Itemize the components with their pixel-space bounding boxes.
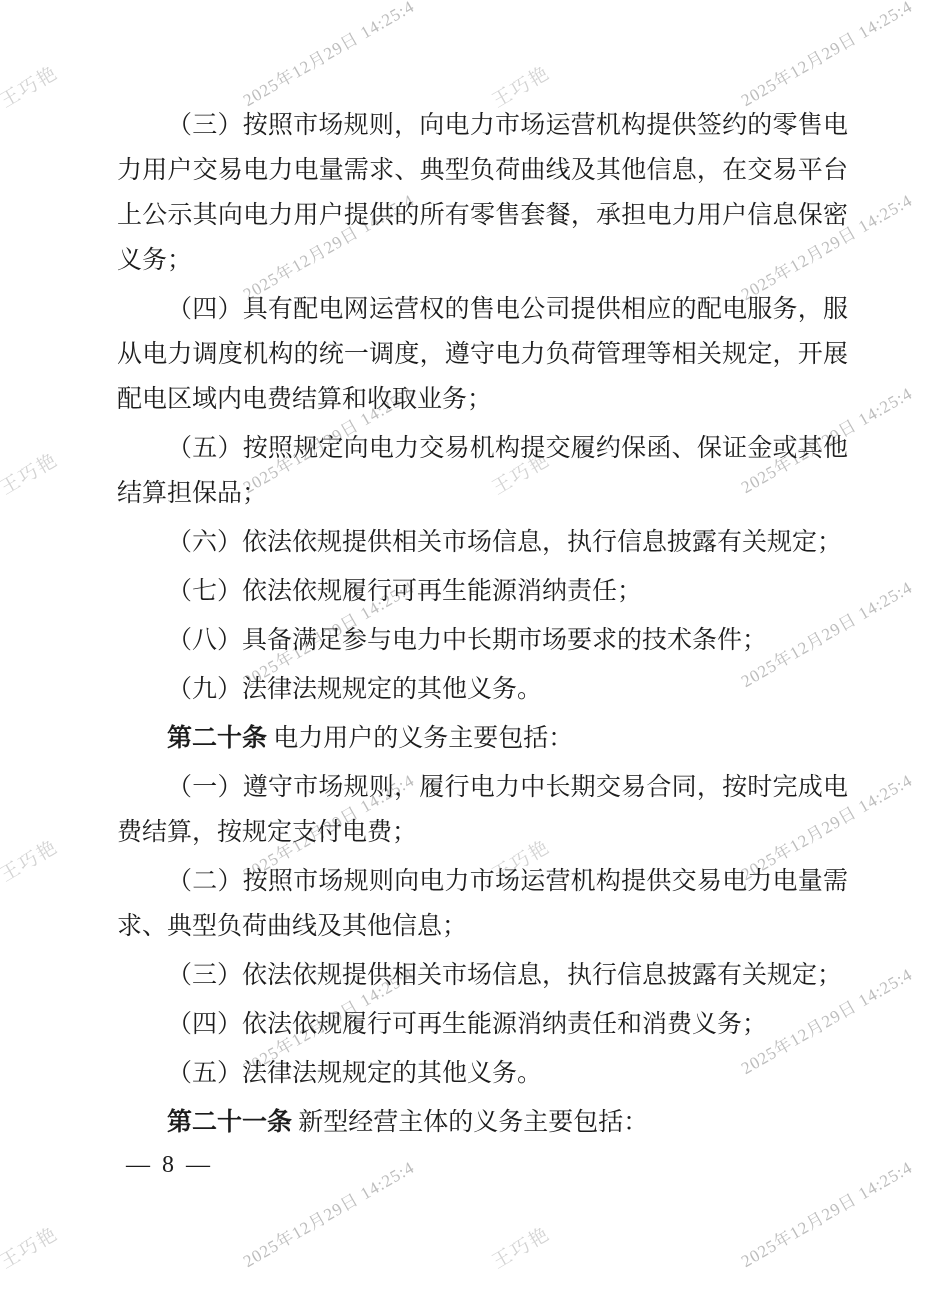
page-number: — 8 — bbox=[126, 1152, 213, 1179]
paragraph-text: （二）按照市场规则向电力市场运营机构提供交易电力电量需求、典型负荷曲线及其他信息… bbox=[117, 868, 848, 940]
article-paragraph: 第二十条 电力用户的义务主要包括： bbox=[117, 716, 848, 761]
paragraph-text: （四）依法依规履行可再生能源消纳责任和消费义务； bbox=[167, 1011, 767, 1038]
paragraph: （四）依法依规履行可再生能源消纳责任和消费义务； bbox=[117, 1002, 848, 1047]
paragraph: （一）遵守市场规则，履行电力中长期交易合同，按时完成电费结算，按规定支付电费； bbox=[117, 765, 848, 855]
watermark-date: 2025年12月29日 14:25:4 bbox=[238, 0, 419, 111]
article-number: 第二十条 bbox=[167, 725, 267, 752]
watermark-date: 2025年12月29日 14:25:4 bbox=[736, 1153, 917, 1272]
watermark-name: 王巧艳 bbox=[0, 445, 63, 500]
paragraph-text: （一）遵守市场规则，履行电力中长期交易合同，按时完成电费结算，按规定支付电费； bbox=[117, 774, 848, 846]
paragraph: （四）具有配电网运营权的售电公司提供相应的配电服务，服从电力调度机构的统一调度，… bbox=[117, 287, 848, 422]
document-body: （三）按照市场规则，向电力市场运营机构提供签约的零售电力用户交易电力电量需求、典… bbox=[117, 103, 848, 1149]
paragraph-text: （九）法律法规规定的其他义务。 bbox=[167, 676, 542, 703]
paragraph: （六）依法依规提供相关市场信息，执行信息披露有关规定； bbox=[117, 520, 848, 565]
paragraph: （三）按照市场规则，向电力市场运营机构提供签约的零售电力用户交易电力电量需求、典… bbox=[117, 103, 848, 283]
article-number: 第二十一条 bbox=[167, 1109, 292, 1136]
paragraph-text: （三）按照市场规则，向电力市场运营机构提供签约的零售电力用户交易电力电量需求、典… bbox=[117, 112, 848, 274]
watermark-name: 王巧艳 bbox=[0, 832, 63, 887]
paragraph-text: 电力用户的义务主要包括： bbox=[267, 725, 573, 752]
paragraph-text: （六）依法依规提供相关市场信息，执行信息披露有关规定； bbox=[167, 529, 842, 556]
paragraph-text: （三）依法依规提供相关市场信息，执行信息披露有关规定； bbox=[167, 962, 842, 989]
paragraph: （二）按照市场规则向电力市场运营机构提供交易电力电量需求、典型负荷曲线及其他信息… bbox=[117, 859, 848, 949]
paragraph: （五）按照规定向电力交易机构提交履约保函、保证金或其他结算担保品； bbox=[117, 426, 848, 516]
watermark-date: 2025年12月29日 14:25:4 bbox=[736, 0, 917, 111]
paragraph-text: （五）法律法规规定的其他义务。 bbox=[167, 1060, 542, 1087]
watermark-name: 王巧艳 bbox=[487, 1219, 555, 1274]
article-paragraph: 第二十一条 新型经营主体的义务主要包括： bbox=[117, 1100, 848, 1145]
paragraph: （五）法律法规规定的其他义务。 bbox=[117, 1051, 848, 1096]
paragraph-text: （五）按照规定向电力交易机构提交履约保函、保证金或其他结算担保品； bbox=[117, 435, 848, 507]
watermark-date: 2025年12月29日 14:25:4 bbox=[238, 1153, 419, 1272]
paragraph: （八）具备满足参与电力中长期市场要求的技术条件； bbox=[117, 618, 848, 663]
watermark-name: 王巧艳 bbox=[0, 1219, 63, 1274]
paragraph: （九）法律法规规定的其他义务。 bbox=[117, 667, 848, 712]
document-page: 2025年12月29日 14:25:42025年12月29日 14:25:4王巧… bbox=[0, 0, 930, 1295]
watermark-name: 王巧艳 bbox=[0, 58, 63, 113]
paragraph-text: （四）具有配电网运营权的售电公司提供相应的配电服务，服从电力调度机构的统一调度，… bbox=[117, 296, 848, 413]
paragraph: （三）依法依规提供相关市场信息，执行信息披露有关规定； bbox=[117, 953, 848, 998]
paragraph: （七）依法依规履行可再生能源消纳责任； bbox=[117, 569, 848, 614]
paragraph-text: 新型经营主体的义务主要包括： bbox=[292, 1109, 648, 1136]
paragraph-text: （八）具备满足参与电力中长期市场要求的技术条件； bbox=[167, 627, 767, 654]
paragraph-text: （七）依法依规履行可再生能源消纳责任； bbox=[167, 578, 642, 605]
